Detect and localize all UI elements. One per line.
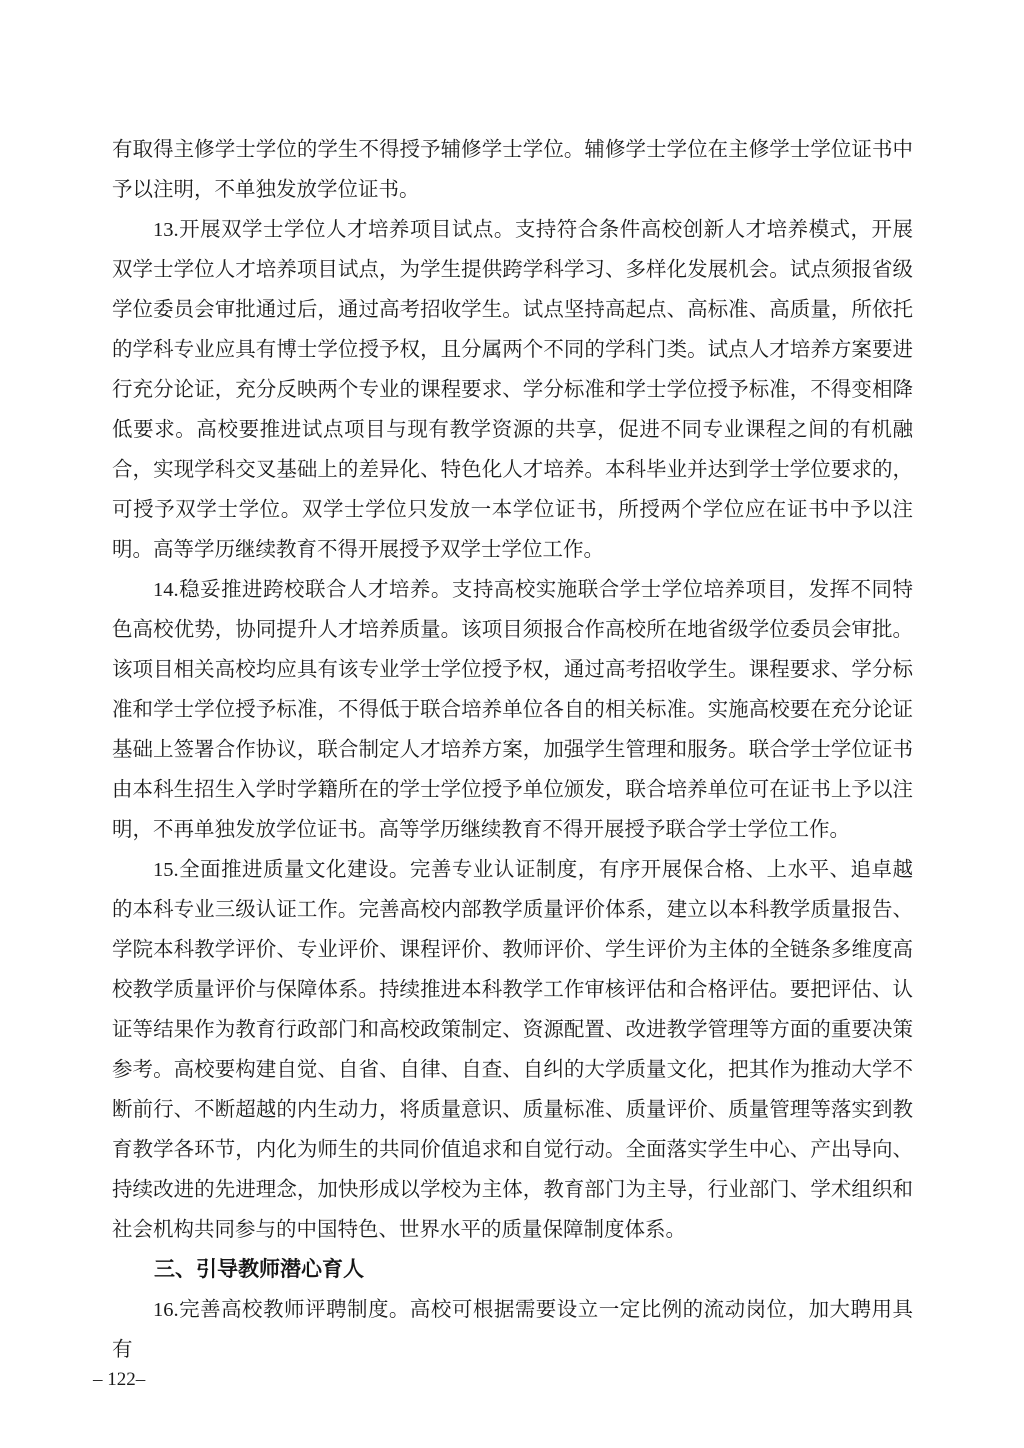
page-body-text: 有取得主修学士学位的学生不得授予辅修学士学位。辅修学士学位在主修学士学位证书中予… bbox=[112, 130, 913, 1370]
paragraph-item-16: 16.完善高校教师评聘制度。高校可根据需要设立一定比例的流动岗位，加大聘用具有 bbox=[112, 1290, 913, 1370]
document-page: 有取得主修学士学位的学生不得授予辅修学士学位。辅修学士学位在主修学士学位证书中予… bbox=[0, 0, 1024, 1448]
section-heading-teachers: 三、引导教师潜心育人 bbox=[112, 1250, 913, 1290]
footer-page-number: – 122– bbox=[93, 1366, 145, 1394]
paragraph-item-15: 15.全面推进质量文化建设。完善专业认证制度，有序开展保合格、上水平、追卓越的本… bbox=[112, 850, 913, 1250]
paragraph-continuation: 有取得主修学士学位的学生不得授予辅修学士学位。辅修学士学位在主修学士学位证书中予… bbox=[112, 130, 913, 210]
paragraph-item-14: 14.稳妥推进跨校联合人才培养。支持高校实施联合学士学位培养项目，发挥不同特色高… bbox=[112, 570, 913, 850]
paragraph-item-13: 13.开展双学士学位人才培养项目试点。支持符合条件高校创新人才培养模式，开展双学… bbox=[112, 210, 913, 570]
